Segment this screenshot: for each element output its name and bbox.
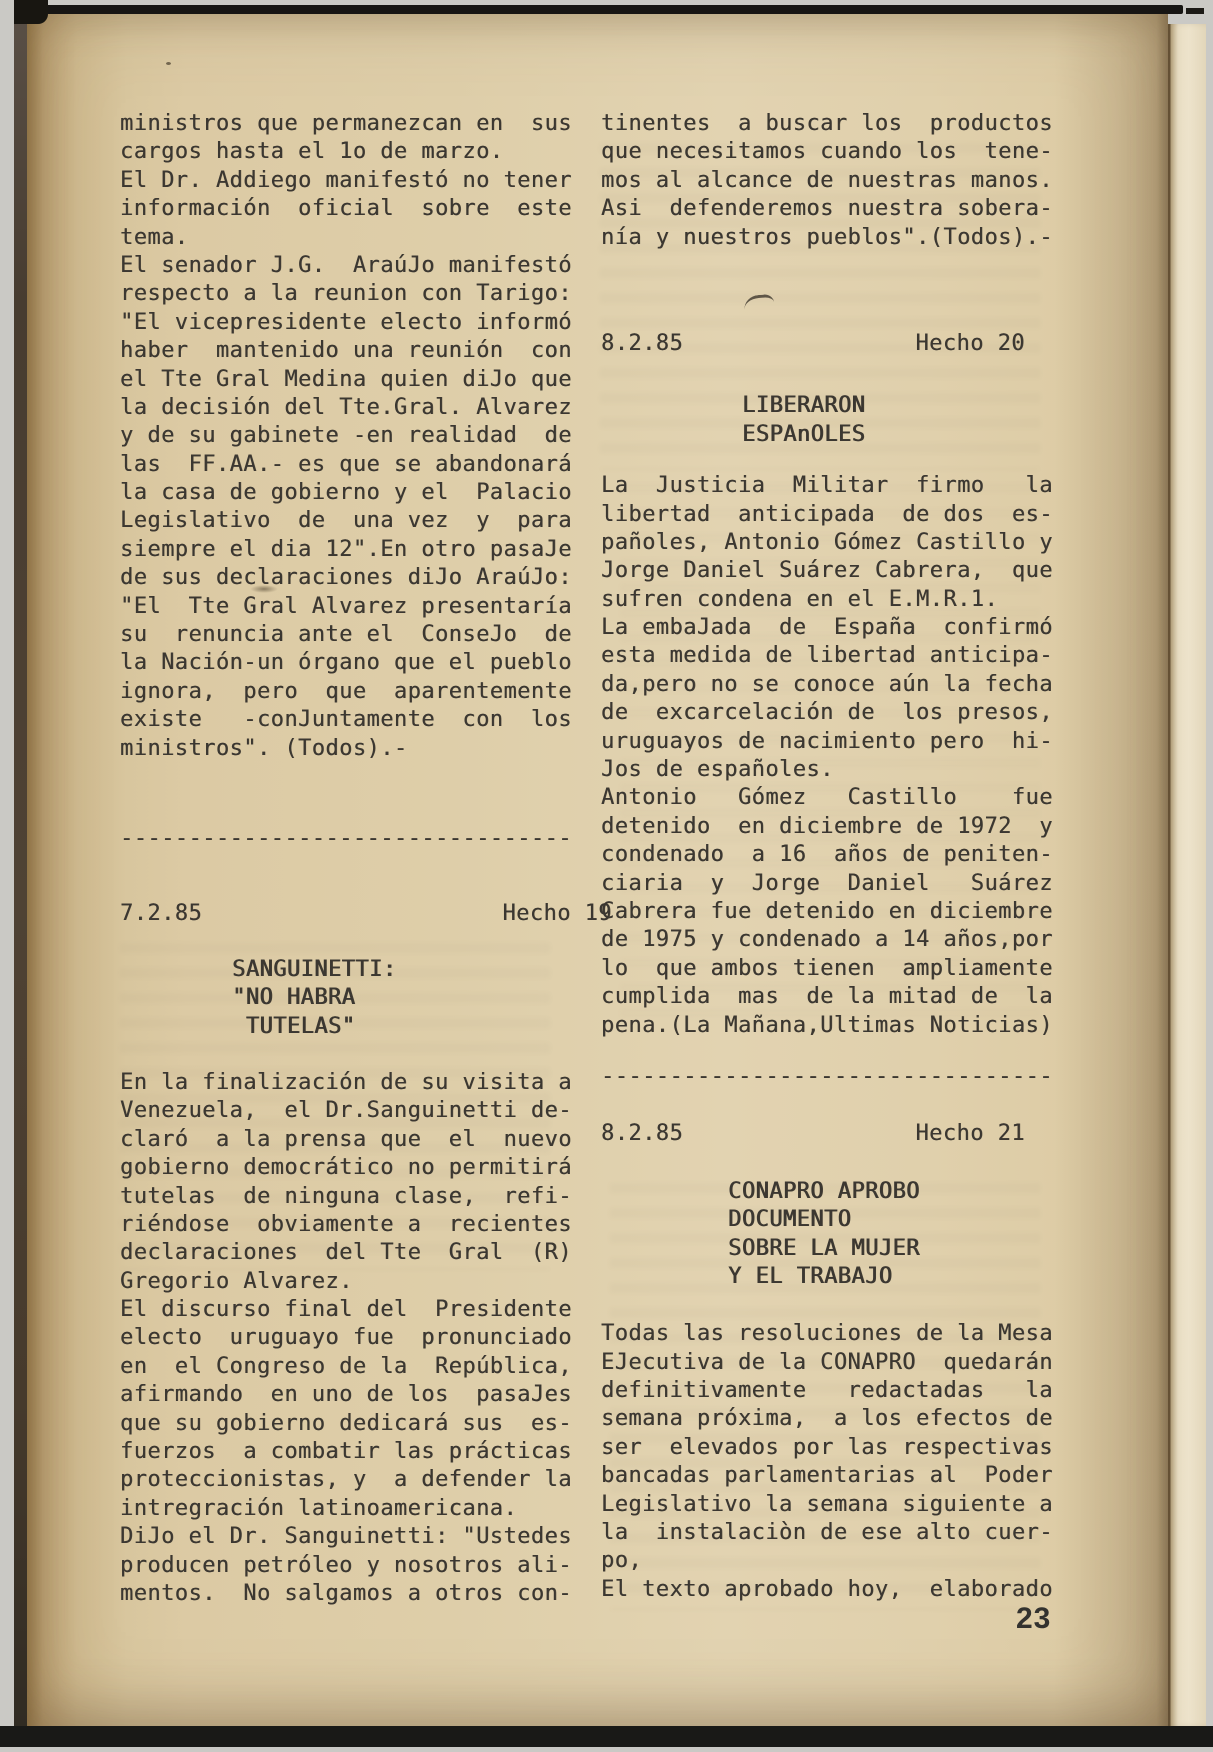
text-line: mentos. No salgamos a otros con- (120, 1580, 620, 1608)
text-line: El senador J.G. AraúJo manifestó (120, 252, 620, 280)
text-line: sufren condena en el E.M.R.1. (601, 586, 1101, 614)
text-line: de excarcelación de los presos, (601, 699, 1101, 727)
text-line: la decisión del Tte.Gral. Alvarez (120, 394, 620, 422)
text-line: que su gobierno dedicará sus es- (120, 1410, 620, 1438)
text-line: ESPAnOLES (742, 421, 1101, 449)
paper-speck (166, 62, 171, 65)
text-line: mos al alcance de nuestras manos. (601, 167, 1101, 195)
text-line: uruguayos de nacimiento pero hi- (601, 728, 1101, 756)
text-line: afirmando en uno de los pasaJes (120, 1381, 620, 1409)
text-line: SANGUINETTI: (232, 956, 620, 984)
entry-date: 7.2.85 (120, 900, 202, 928)
text-line: Asi defenderemos nuestra sobera- (601, 195, 1101, 223)
text-line: EJecutiva de la CONAPRO quedarán (601, 1349, 1101, 1377)
text-line: riéndose obviamente a recientes (120, 1211, 620, 1239)
entry-hecho-label: Hecho 20 (915, 330, 1025, 358)
text-line: Antonio Gómez Castillo fue (601, 784, 1101, 812)
text-line: que necesitamos cuando los tene- (601, 138, 1101, 166)
entry-date: 8.2.85 (601, 330, 683, 358)
article-continuation-text: tinentes a buscar los productosque neces… (601, 110, 1101, 252)
text-line: El Dr. Addiego manifestó no tener (120, 167, 620, 195)
text-line: lo que ambos tienen ampliamente (601, 955, 1101, 983)
text-line: La Justicia Militar firmo la (601, 472, 1101, 500)
text-line: "El vicepresidente electo informó (120, 309, 620, 337)
entry-dateline: 8.2.85 Hecho 20 (601, 330, 1025, 358)
text-line: tutelas de ninguna clase, refi- (120, 1183, 620, 1211)
text-line: Y EL TRABAJO (728, 1263, 1101, 1291)
text-line: SOBRE LA MUJER (728, 1235, 1101, 1263)
text-line: la instalaciòn de ese alto cuer- (601, 1519, 1101, 1547)
text-line: libertad anticipada de dos es- (601, 501, 1101, 529)
text-line: esta medida de libertad anticipa- (601, 642, 1101, 670)
text-line: proteccionistas, y a defender la (120, 1466, 620, 1494)
next-page-edge (1168, 24, 1206, 1726)
text-line: en el Congreso de la República, (120, 1353, 620, 1381)
text-line: cargos hasta el 1o de marzo. (120, 138, 620, 166)
right-column: tinentes a buscar los productosque neces… (601, 110, 1101, 1604)
text-line: tema. (120, 224, 620, 252)
text-line: y de su gabinete -en realidad de (120, 422, 620, 450)
scan-bottom-border (0, 1726, 1213, 1747)
text-line: información oficial sobre este (120, 195, 620, 223)
text-line: existe -conJuntamente con los (120, 706, 620, 734)
text-line: Cabrera fue detenido en diciembre (601, 898, 1101, 926)
text-line: Venezuela, el Dr.Sanguinetti de- (120, 1097, 620, 1125)
text-line: nía y nuestros pueblos".(Todos).- (601, 224, 1101, 252)
text-line: producen petróleo y nosotros ali- (120, 1552, 620, 1580)
text-line: Jos de españoles. (601, 756, 1101, 784)
text-line: DOCUMENTO (728, 1206, 1101, 1234)
text-line: siempre el dia 12".En otro pasaJe (120, 536, 620, 564)
scan-left-edge (14, 0, 27, 1745)
text-line: El texto aprobado hoy, elaborado (601, 1576, 1101, 1604)
article-continuation-text: ministros que permanezcan en suscargos h… (120, 110, 620, 763)
text-line: condenado a 16 años de peniten- (601, 841, 1101, 869)
dashed-separator: --------------------------------- (601, 1063, 1101, 1091)
scan-top-border (26, 5, 1183, 14)
text-line: LIBERARON (742, 392, 1101, 420)
text-line: "El Tte Gral Alvarez presentaría (120, 593, 620, 621)
text-line: electo uruguayo fue pronunciado (120, 1324, 620, 1352)
text-line: po, (601, 1547, 1101, 1575)
text-line: gobierno democrático no permitirá (120, 1154, 620, 1182)
entry-title: LIBERARONESPAnOLES (601, 392, 1101, 449)
text-line: detenido en diciembre de 1972 y (601, 813, 1101, 841)
text-line: Legislativo la semana siguiente a (601, 1491, 1101, 1519)
text-line: definitivamente redactadas la (601, 1377, 1101, 1405)
text-line: tinentes a buscar los productos (601, 110, 1101, 138)
entry-body-text: Todas las resoluciones de la MesaEJecuti… (601, 1320, 1101, 1604)
text-line: ministros que permanezcan en sus (120, 110, 620, 138)
text-line: Todas las resoluciones de la Mesa (601, 1320, 1101, 1348)
scan-corner-shadow (14, 0, 48, 24)
text-line: declaraciones del Tte Gral (R) (120, 1239, 620, 1267)
text-line: pena.(La Mañana,Ultimas Noticias) (601, 1012, 1101, 1040)
text-line: Gregorio Alvarez. (120, 1268, 620, 1296)
text-line: fuerzos a combatir las prácticas (120, 1438, 620, 1466)
text-line: pañoles, Antonio Gómez Castillo y (601, 529, 1101, 557)
dashed-separator: --------------------------------- (120, 825, 620, 853)
entry-dateline: 7.2.85 Hecho 19 (120, 900, 612, 928)
text-line: da,pero no se conoce aún la fecha (601, 671, 1101, 699)
text-line: CONAPRO APROBO (728, 1178, 1101, 1206)
text-line: el Tte Gral Medina quien diJo que (120, 366, 620, 394)
entry-hecho-label: Hecho 19 (502, 900, 612, 928)
text-line: El discurso final del Presidente (120, 1296, 620, 1324)
text-line: Jorge Daniel Suárez Cabrera, que (601, 557, 1101, 585)
text-line: de sus declaraciones diJo AraúJo: (120, 564, 620, 592)
page-number: 23 (1016, 1602, 1051, 1636)
entry-date: 8.2.85 (601, 1120, 683, 1148)
text-line: ministros". (Todos).- (120, 735, 620, 763)
scan-top-border-fragment (1186, 8, 1204, 14)
text-line: En la finalización de su visita a (120, 1069, 620, 1097)
entry-hecho-label: Hecho 21 (915, 1120, 1025, 1148)
text-line: ignora, pero que aparentemente (120, 678, 620, 706)
left-column: ministros que permanezcan en suscargos h… (120, 110, 620, 1608)
text-line: su renuncia ante el ConseJo de (120, 621, 620, 649)
text-line: cumplida mas de la mitad de la (601, 983, 1101, 1011)
text-line: ser elevados por las respectivas (601, 1434, 1101, 1462)
entry-body-text: La Justicia Militar firmo lalibertad ant… (601, 472, 1101, 1040)
text-line: ciaria y Jorge Daniel Suárez (601, 870, 1101, 898)
text-line: las FF.AA.- es que se abandonará (120, 451, 620, 479)
text-line: intregración latinoamericana. (120, 1495, 620, 1523)
text-line: bancadas parlamentarias al Poder (601, 1462, 1101, 1490)
entry-body-text: En la finalización de su visita aVenezue… (120, 1069, 620, 1608)
text-line: "NO HABRA (232, 984, 620, 1012)
text-line: la Nación-un órgano que el pueblo (120, 649, 620, 677)
entry-title: SANGUINETTI:"NO HABRA TUTELAS" (120, 956, 620, 1041)
text-line: la casa de gobierno y el Palacio (120, 479, 620, 507)
text-line: La embaJada de España confirmó (601, 614, 1101, 642)
text-line: semana próxima, a los efectos de (601, 1405, 1101, 1433)
text-line: claró a la prensa que el nuevo (120, 1126, 620, 1154)
text-line: respecto a la reunion con Tarigo: (120, 280, 620, 308)
entry-title: CONAPRO APROBODOCUMENTOSOBRE LA MUJERY E… (601, 1178, 1101, 1292)
text-line: Legislativo de una vez y para (120, 507, 620, 535)
text-line: de 1975 y condenado a 14 años,por (601, 926, 1101, 954)
entry-dateline: 8.2.85 Hecho 21 (601, 1120, 1025, 1148)
text-line: TUTELAS" (232, 1013, 620, 1041)
text-line: haber mantenido una reunión con (120, 337, 620, 365)
text-line: DiJo el Dr. Sanguinetti: "Ustedes (120, 1523, 620, 1551)
